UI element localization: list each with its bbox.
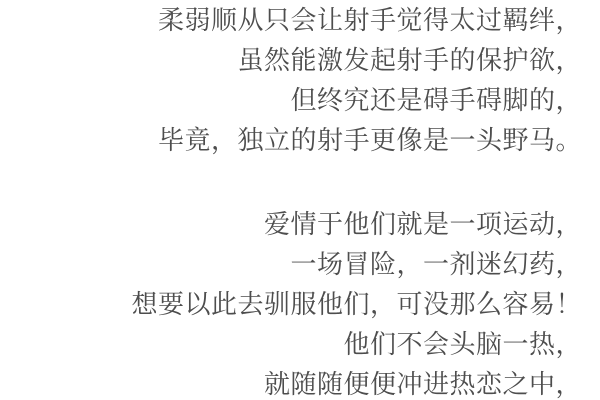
text-line: 他们不会头脑一热， bbox=[0, 324, 582, 364]
text-line: 虽然能激发起射手的保护欲， bbox=[0, 40, 582, 80]
text-line: 但终究还是碍手碍脚的， bbox=[0, 80, 582, 120]
text-line: 就随随便便冲进热恋之中， bbox=[0, 364, 582, 400]
text-line: 爱情于他们就是一项运动， bbox=[0, 204, 582, 244]
text-line: 柔弱顺从只会让射手觉得太过羁绊， bbox=[0, 0, 582, 40]
article-text: 柔弱顺从只会让射手觉得太过羁绊， 虽然能激发起射手的保护欲， 但终究还是碍手碍脚… bbox=[0, 0, 600, 400]
text-line: 一场冒险，一剂迷幻药， bbox=[0, 244, 582, 284]
paragraph-1: 柔弱顺从只会让射手觉得太过羁绊， 虽然能激发起射手的保护欲， 但终究还是碍手碍脚… bbox=[0, 0, 582, 160]
paragraph-2: 爱情于他们就是一项运动， 一场冒险，一剂迷幻药， 想要以此去驯服他们，可没那么容… bbox=[0, 204, 582, 400]
text-line: 毕竟，独立的射手更像是一头野马。 bbox=[0, 120, 582, 160]
text-line: 想要以此去驯服他们，可没那么容易！ bbox=[0, 284, 582, 324]
